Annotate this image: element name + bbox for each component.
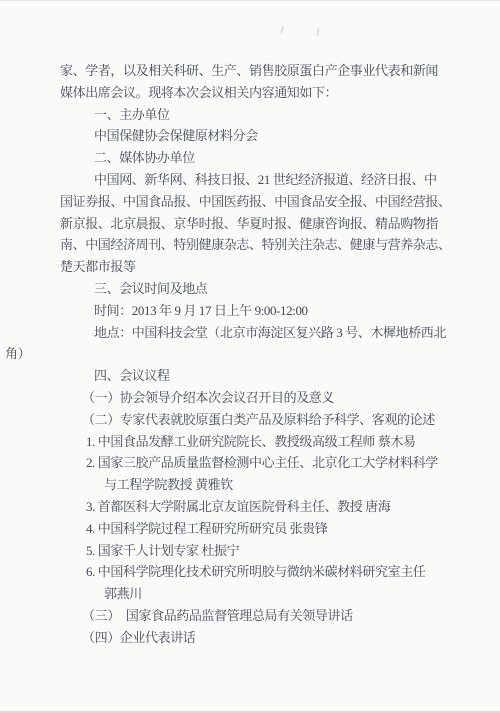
document-body: 家、学者，以及相关科研、生产、销售胶原蛋白产企事业代表和新闻 媒体出席会议。现将… <box>0 60 500 649</box>
document-line: 南、中国经济周刊、特别健康杂志、特别关注杂志、健康与营养杂志、 <box>60 234 500 256</box>
document-line: （四）企业代表讲话 <box>82 627 500 649</box>
document-line: 三、会议时间及地点 <box>94 278 500 300</box>
scan-smudge <box>280 26 284 34</box>
document-line: 6. 中国科学院理化技术研究所明胶与微纳米碳材料研究室主任 <box>86 561 500 583</box>
scan-edge-top <box>0 0 500 1</box>
document-line: 4. 中国科学院过程工程研究所研究员 张贵锋 <box>86 518 500 540</box>
document-line: 2. 国家三胶产品质量监督检测中心主任、北京化工大学材料科学 <box>86 452 500 474</box>
document-line: 中国保健协会保健原材料分会 <box>94 125 500 147</box>
document-page: 家、学者，以及相关科研、生产、销售胶原蛋白产企事业代表和新闻 媒体出席会议。现将… <box>0 0 500 713</box>
document-line: 3. 首都医科大学附属北京友谊医院骨科主任、教授 唐海 <box>86 496 500 518</box>
document-line: 家、学者，以及相关科研、生产、销售胶原蛋白产企事业代表和新闻 <box>60 60 500 82</box>
document-line: 媒体出席会议。现将本次会议相关内容通知如下： <box>60 82 500 104</box>
document-line: （三） 国家食品药品监督管理总局有关领导讲话 <box>82 605 500 627</box>
document-line: 时间：2013 年 9 月 17 日上午 9:00-12:00 <box>94 300 500 322</box>
document-line: 郭燕川 <box>104 583 500 605</box>
document-line: 中国网、新华网、科技日报、21 世纪经济报道、经济日报、中 <box>94 169 500 191</box>
document-line: 四、会议议程 <box>94 365 500 387</box>
document-line: 与工程学院教授 黄雅钦 <box>104 474 500 496</box>
document-line: 二、媒体协办单位 <box>94 147 500 169</box>
document-line: （一）协会领导介绍本次会议召开目的及意义 <box>82 387 500 409</box>
document-line: 1. 中国食品发酵工业研究院院长、教授级高级工程师 蔡木易 <box>86 431 500 453</box>
document-line: 楚天都市报等 <box>60 256 500 278</box>
document-line: 5. 国家千人计划专家 杜振宁 <box>86 540 500 562</box>
document-line: 一、主办单位 <box>94 104 500 126</box>
scan-smudge <box>316 28 319 36</box>
document-line: 角） <box>5 343 500 365</box>
document-line: （二）专家代表就胶原蛋白类产品及原料给予科学、客观的论述 <box>82 409 500 431</box>
document-line: 新京报、北京晨报、京华时报、华夏时报、健康咨询报、精品购物指 <box>60 213 500 235</box>
document-line: 地点：中国科技会堂（北京市海淀区复兴路 3 号、木樨地桥西北 <box>94 322 500 344</box>
document-line: 国证券报、中国食品报、中国医药报、中国食品安全报、中国经营报、 <box>60 191 500 213</box>
